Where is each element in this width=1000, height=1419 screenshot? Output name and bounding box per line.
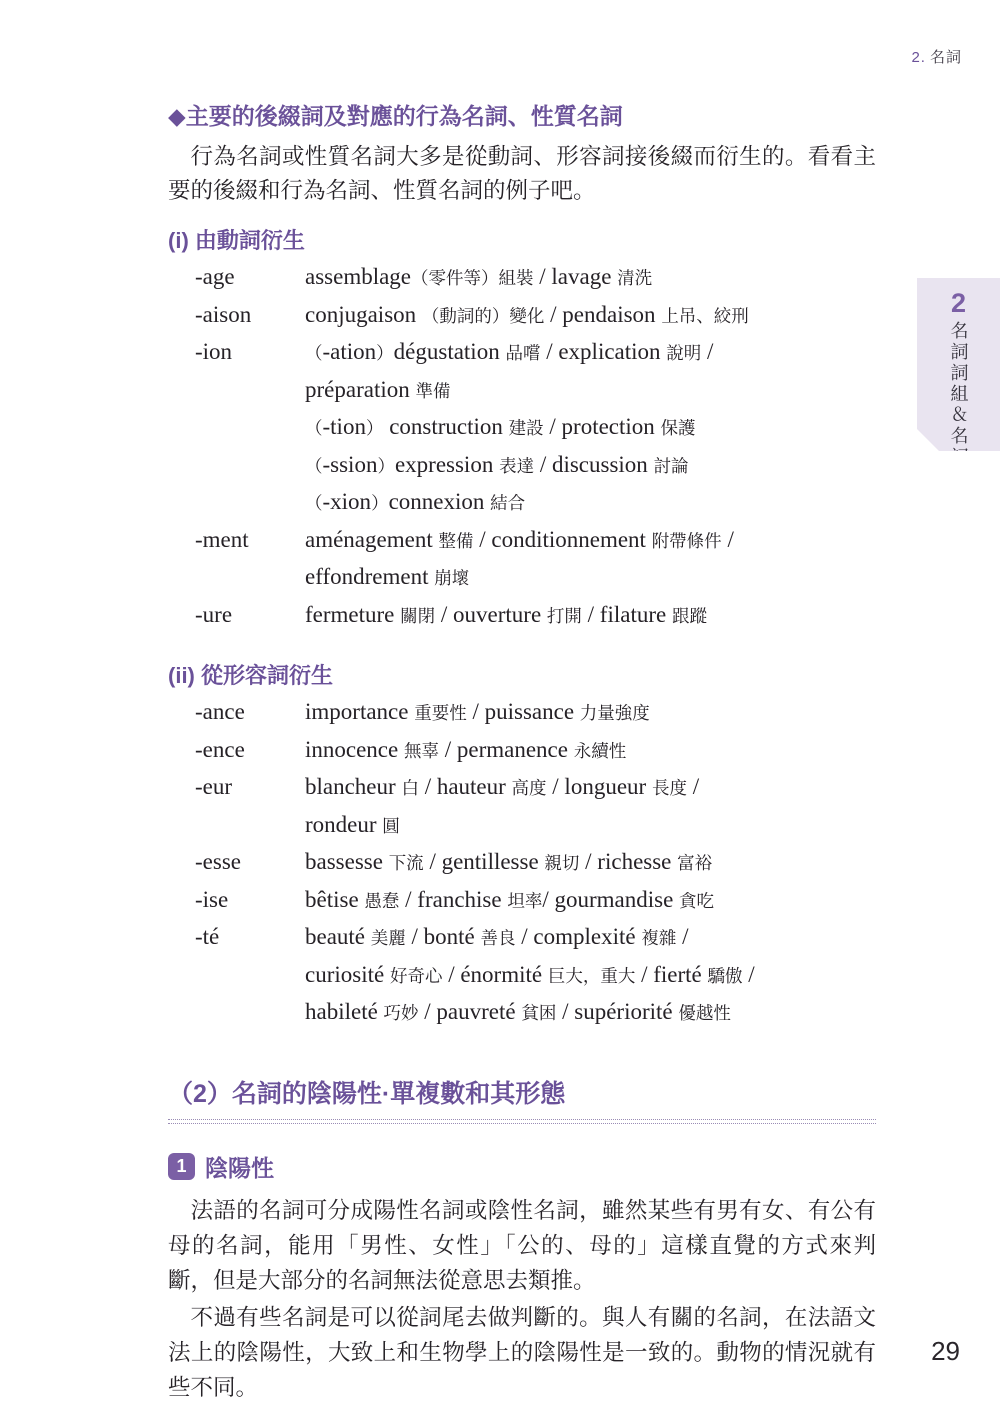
french-text: / filature [582,602,672,627]
chinese-gloss: 複雜 [641,928,676,948]
suffix-label: -té [195,920,305,955]
chinese-gloss: 愚惷 [364,891,399,911]
suffix-definitions: importance 重要性 / puissance 力量強度 [305,695,876,733]
french-text: / explication [540,339,666,364]
chinese-gloss: 品嚐 [505,343,540,363]
suffix-entry: -urefermeture 關閉 / ouverture 打開 / filatu… [168,598,876,636]
suffix-definitions: beauté 美麗 / bonté 善良 / complexité 複雜 /cu… [305,920,876,1033]
chinese-gloss: 美麗 [371,928,406,948]
french-text: / complexité [516,924,642,949]
definition-line: importance 重要性 / puissance 力量強度 [305,695,876,733]
chinese-gloss: 善良 [481,928,516,948]
chinese-gloss: 打開 [547,606,582,626]
suffix-section-intro: 行為名詞或性質名詞大多是從動詞、形容詞接後綴而衍生的。看看主要的後綴和行為名詞、… [168,140,876,208]
suffix-label: -ion [195,335,305,370]
french-text: -ssion [323,452,378,477]
definition-line: bêtise 愚惷 / franchise 坦率/ gourmandise 貪吃 [305,883,876,921]
french-text: conjugaison [305,302,422,327]
chinese-gloss: 整備 [438,531,473,551]
running-header-chapter-number: 2. [911,49,926,66]
french-text: / [722,527,734,552]
french-text: / franchise [399,887,507,912]
chinese-gloss: 永續性 [574,741,627,761]
suffix-entry: -eurblancheur 白 / hauteur 高度 / longueur … [168,770,876,845]
french-text: assemblage [305,264,411,289]
french-text: connexion [389,489,491,514]
chinese-gloss: ） [371,493,389,513]
definition-line: （-ation）dégustation 品嚐 / explication 說明 … [305,335,876,373]
dotted-divider [168,1119,876,1124]
gender-section: （2）名詞的陰陽性·單複數和其形態 1 陰陽性 法語的名詞可分成陽性名詞或陰性名… [168,1077,876,1405]
french-text: / pendaison [544,302,661,327]
french-text: / richesse [579,849,677,874]
chinese-gloss: 高度 [512,778,547,798]
french-text: / fierté [635,962,707,987]
chinese-gloss: 保護 [661,418,696,438]
chinese-gloss: 長度 [652,778,687,798]
definition-line: aménagement 整備 / conditionnement 附帶條件 / [305,523,876,561]
gender-paragraph-2: 不過有些名詞是可以從詞尾去做判斷的。與人有關的名詞，在法語文法上的陰陽性，大致上… [168,1300,876,1405]
chinese-gloss: 力量強度 [580,703,650,723]
suffix-section-title: ◆主要的後綴詞及對應的行為名詞、性質名詞 [168,100,876,132]
side-tab-number: 2 [917,288,1000,319]
suffix-definitions: fermeture 關閉 / ouverture 打開 / filature 跟… [305,598,876,636]
definition-line: conjugaison （動詞的）變化 / pendaison 上吊、絞刑 [305,298,876,336]
chinese-gloss: 討論 [654,456,689,476]
suffix-label: -ure [195,598,305,633]
french-text: effondrement [305,564,434,589]
chinese-gloss: 圓 [382,816,400,836]
french-text: / gourmandise [542,887,679,912]
chinese-gloss: 驕傲 [708,966,743,986]
chinese-gloss: 白 [401,778,419,798]
french-text: / permanence [439,737,574,762]
chapter-side-tab: 2 名詞詞組＆名詞 [917,278,1000,451]
chinese-gloss: ） [376,343,394,363]
definition-line: effondrement 崩壞 [305,560,876,598]
french-text: / hauteur [419,774,512,799]
subsection-title: 陰陽性 [205,1150,274,1183]
suffix-group: (ii) 從形容詞衍生-anceimportance 重要性 / puissan… [168,661,876,1033]
chinese-gloss: 清洗 [617,268,652,288]
gender-subsection-heading: 1 陰陽性 [168,1150,876,1183]
chinese-gloss: 下流 [389,853,424,873]
definition-line: rondeur 圓 [305,808,876,846]
chinese-gloss: （ [305,418,323,438]
definition-line: habileté 巧妙 / pauvreté 貧困 / supériorité … [305,995,876,1033]
french-text: -tion [323,414,366,439]
suffix-label: -ance [195,695,305,730]
suffix-label: -esse [195,845,305,880]
chinese-gloss: 上吊、絞刑 [661,306,749,326]
french-text: bassesse [305,849,389,874]
french-text: beauté [305,924,371,949]
french-text: curiosité [305,962,390,987]
chinese-gloss: （ [305,343,323,363]
french-text: / [743,962,755,987]
suffix-entry: -anceimportance 重要性 / puissance 力量強度 [168,695,876,733]
definition-line: curiosité 好奇心 / énormité 巨大，重大 / fierté … [305,958,876,996]
running-header-chapter-title: 名詞 [930,49,962,66]
chinese-gloss: 說明 [666,343,701,363]
definition-line: fermeture 關閉 / ouverture 打開 / filature 跟… [305,598,876,636]
chinese-gloss: 富裕 [677,853,712,873]
chinese-gloss: 無辜 [404,741,439,761]
french-text: / pauvreté [419,999,522,1024]
chinese-gloss: 重要性 [414,703,467,723]
definition-line: （-ssion）expression 表達 / discussion 討論 [305,448,876,486]
chinese-gloss: 巨大，重大 [548,966,636,986]
chinese-gloss: 建設 [509,418,544,438]
french-text: aménagement [305,527,438,552]
definition-line: préparation 準備 [305,373,876,411]
chinese-gloss: （零件等）組裝 [411,268,534,288]
suffix-label: -age [195,260,305,295]
suffix-label: -ment [195,523,305,558]
chinese-gloss: 好奇心 [390,966,443,986]
definition-line: （-xion）connexion 結合 [305,485,876,523]
chinese-gloss: 崩壞 [434,568,469,588]
french-text: / puissance [467,699,580,724]
french-text: habileté [305,999,384,1024]
french-text: / [687,774,699,799]
french-text: -xion [323,489,372,514]
definition-line: beauté 美麗 / bonté 善良 / complexité 複雜 / [305,920,876,958]
chinese-gloss: 優越性 [678,1003,731,1023]
page-number: 29 [931,1336,960,1367]
french-text: innocence [305,737,404,762]
suffix-group-heading: (i) 由動詞衍生 [168,226,876,256]
gender-paragraph-1: 法語的名詞可分成陽性名詞或陰性名詞，雖然某些有男有女、有公有母的名詞，能用「男性… [168,1193,876,1298]
french-text: / ouverture [435,602,547,627]
chinese-gloss: 準備 [415,381,450,401]
suffix-definitions: bêtise 愚惷 / franchise 坦率/ gourmandise 貪吃 [305,883,876,921]
french-text: / protection [544,414,661,439]
suffix-entry: -essebassesse 下流 / gentillesse 親切 / rich… [168,845,876,883]
chinese-gloss: 貧困 [521,1003,556,1023]
chinese-gloss: 附帶條件 [652,531,722,551]
suffix-definitions: bassesse 下流 / gentillesse 親切 / richesse … [305,845,876,883]
french-text: / [676,924,688,949]
suffix-label: -eur [195,770,305,805]
suffix-entry: -mentaménagement 整備 / conditionnement 附帶… [168,523,876,598]
chinese-gloss: 結合 [490,493,525,513]
french-text: bêtise [305,887,364,912]
french-text: construction [383,414,508,439]
french-text: dégustation [394,339,506,364]
french-text: rondeur [305,812,382,837]
french-text: blancheur [305,774,401,799]
french-text: / lavage [534,264,618,289]
chinese-gloss: ） [377,456,395,476]
french-text: préparation [305,377,415,402]
page-content: ◆主要的後綴詞及對應的行為名詞、性質名詞 行為名詞或性質名詞大多是從動詞、形容詞… [168,100,876,1405]
french-text: / supériorité [556,999,678,1024]
definition-line: innocence 無辜 / permanence 永續性 [305,733,876,771]
chinese-gloss: （ [305,456,323,476]
suffix-label: -aison [195,298,305,333]
chinese-gloss: 親切 [544,853,579,873]
suffix-entry: -ageassemblage（零件等）組裝 / lavage 清洗 [168,260,876,298]
suffix-groups: (i) 由動詞衍生-ageassemblage（零件等）組裝 / lavage … [168,226,876,1033]
french-text: expression [395,452,499,477]
suffix-entry: -ion（-ation）dégustation 品嚐 / explication… [168,335,876,523]
chinese-gloss: 坦率 [507,891,542,911]
definition-line: （-tion） construction 建設 / protection 保護 [305,410,876,448]
suffix-group: (i) 由動詞衍生-ageassemblage（零件等）組裝 / lavage … [168,226,876,635]
chinese-gloss: （ [305,493,323,513]
suffix-definitions: blancheur 白 / hauteur 高度 / longueur 長度 /… [305,770,876,845]
suffix-label: -ence [195,733,305,768]
side-tab-label: 名詞詞組＆名詞 [946,321,972,468]
chinese-gloss: 表達 [499,456,534,476]
french-text: -ation [323,339,377,364]
suffix-definitions: innocence 無辜 / permanence 永續性 [305,733,876,771]
french-text: importance [305,699,414,724]
suffix-definitions: （-ation）dégustation 品嚐 / explication 說明 … [305,335,876,523]
chinese-gloss: 關閉 [400,606,435,626]
chinese-gloss: 跟蹤 [672,606,707,626]
subsection-number-badge: 1 [168,1153,195,1180]
french-text: / bonté [406,924,481,949]
definition-line: bassesse 下流 / gentillesse 親切 / richesse … [305,845,876,883]
suffix-entry: -tébeauté 美麗 / bonté 善良 / complexité 複雜 … [168,920,876,1033]
book-page: 2.名詞 2 名詞詞組＆名詞 ◆主要的後綴詞及對應的行為名詞、性質名詞 行為名詞… [0,0,1000,1419]
french-text: / conditionnement [473,527,651,552]
suffix-group-heading: (ii) 從形容詞衍生 [168,661,876,691]
chinese-gloss: 巧妙 [384,1003,419,1023]
definition-line: blancheur 白 / hauteur 高度 / longueur 長度 / [305,770,876,808]
french-text: fermeture [305,602,400,627]
suffix-entry: -isebêtise 愚惷 / franchise 坦率/ gourmandis… [168,883,876,921]
suffix-entry: -enceinnocence 無辜 / permanence 永續性 [168,733,876,771]
french-text: / gentillesse [424,849,545,874]
french-text: / énormité [442,962,547,987]
suffix-definitions: assemblage（零件等）組裝 / lavage 清洗 [305,260,876,298]
chinese-gloss: 貪吃 [679,891,714,911]
chinese-gloss: ） [366,418,384,438]
french-text: / [701,339,713,364]
running-header: 2.名詞 [911,46,962,67]
suffix-label: -ise [195,883,305,918]
definition-line: assemblage（零件等）組裝 / lavage 清洗 [305,260,876,298]
suffix-definitions: aménagement 整備 / conditionnement 附帶條件 /e… [305,523,876,598]
suffix-definitions: conjugaison （動詞的）變化 / pendaison 上吊、絞刑 [305,298,876,336]
gender-section-title: （2）名詞的陰陽性·單複數和其形態 [168,1077,876,1111]
french-text: / discussion [534,452,653,477]
french-text: / longueur [547,774,652,799]
chinese-gloss: （動詞的）變化 [422,306,545,326]
suffix-entry: -aisonconjugaison （動詞的）變化 / pendaison 上吊… [168,298,876,336]
